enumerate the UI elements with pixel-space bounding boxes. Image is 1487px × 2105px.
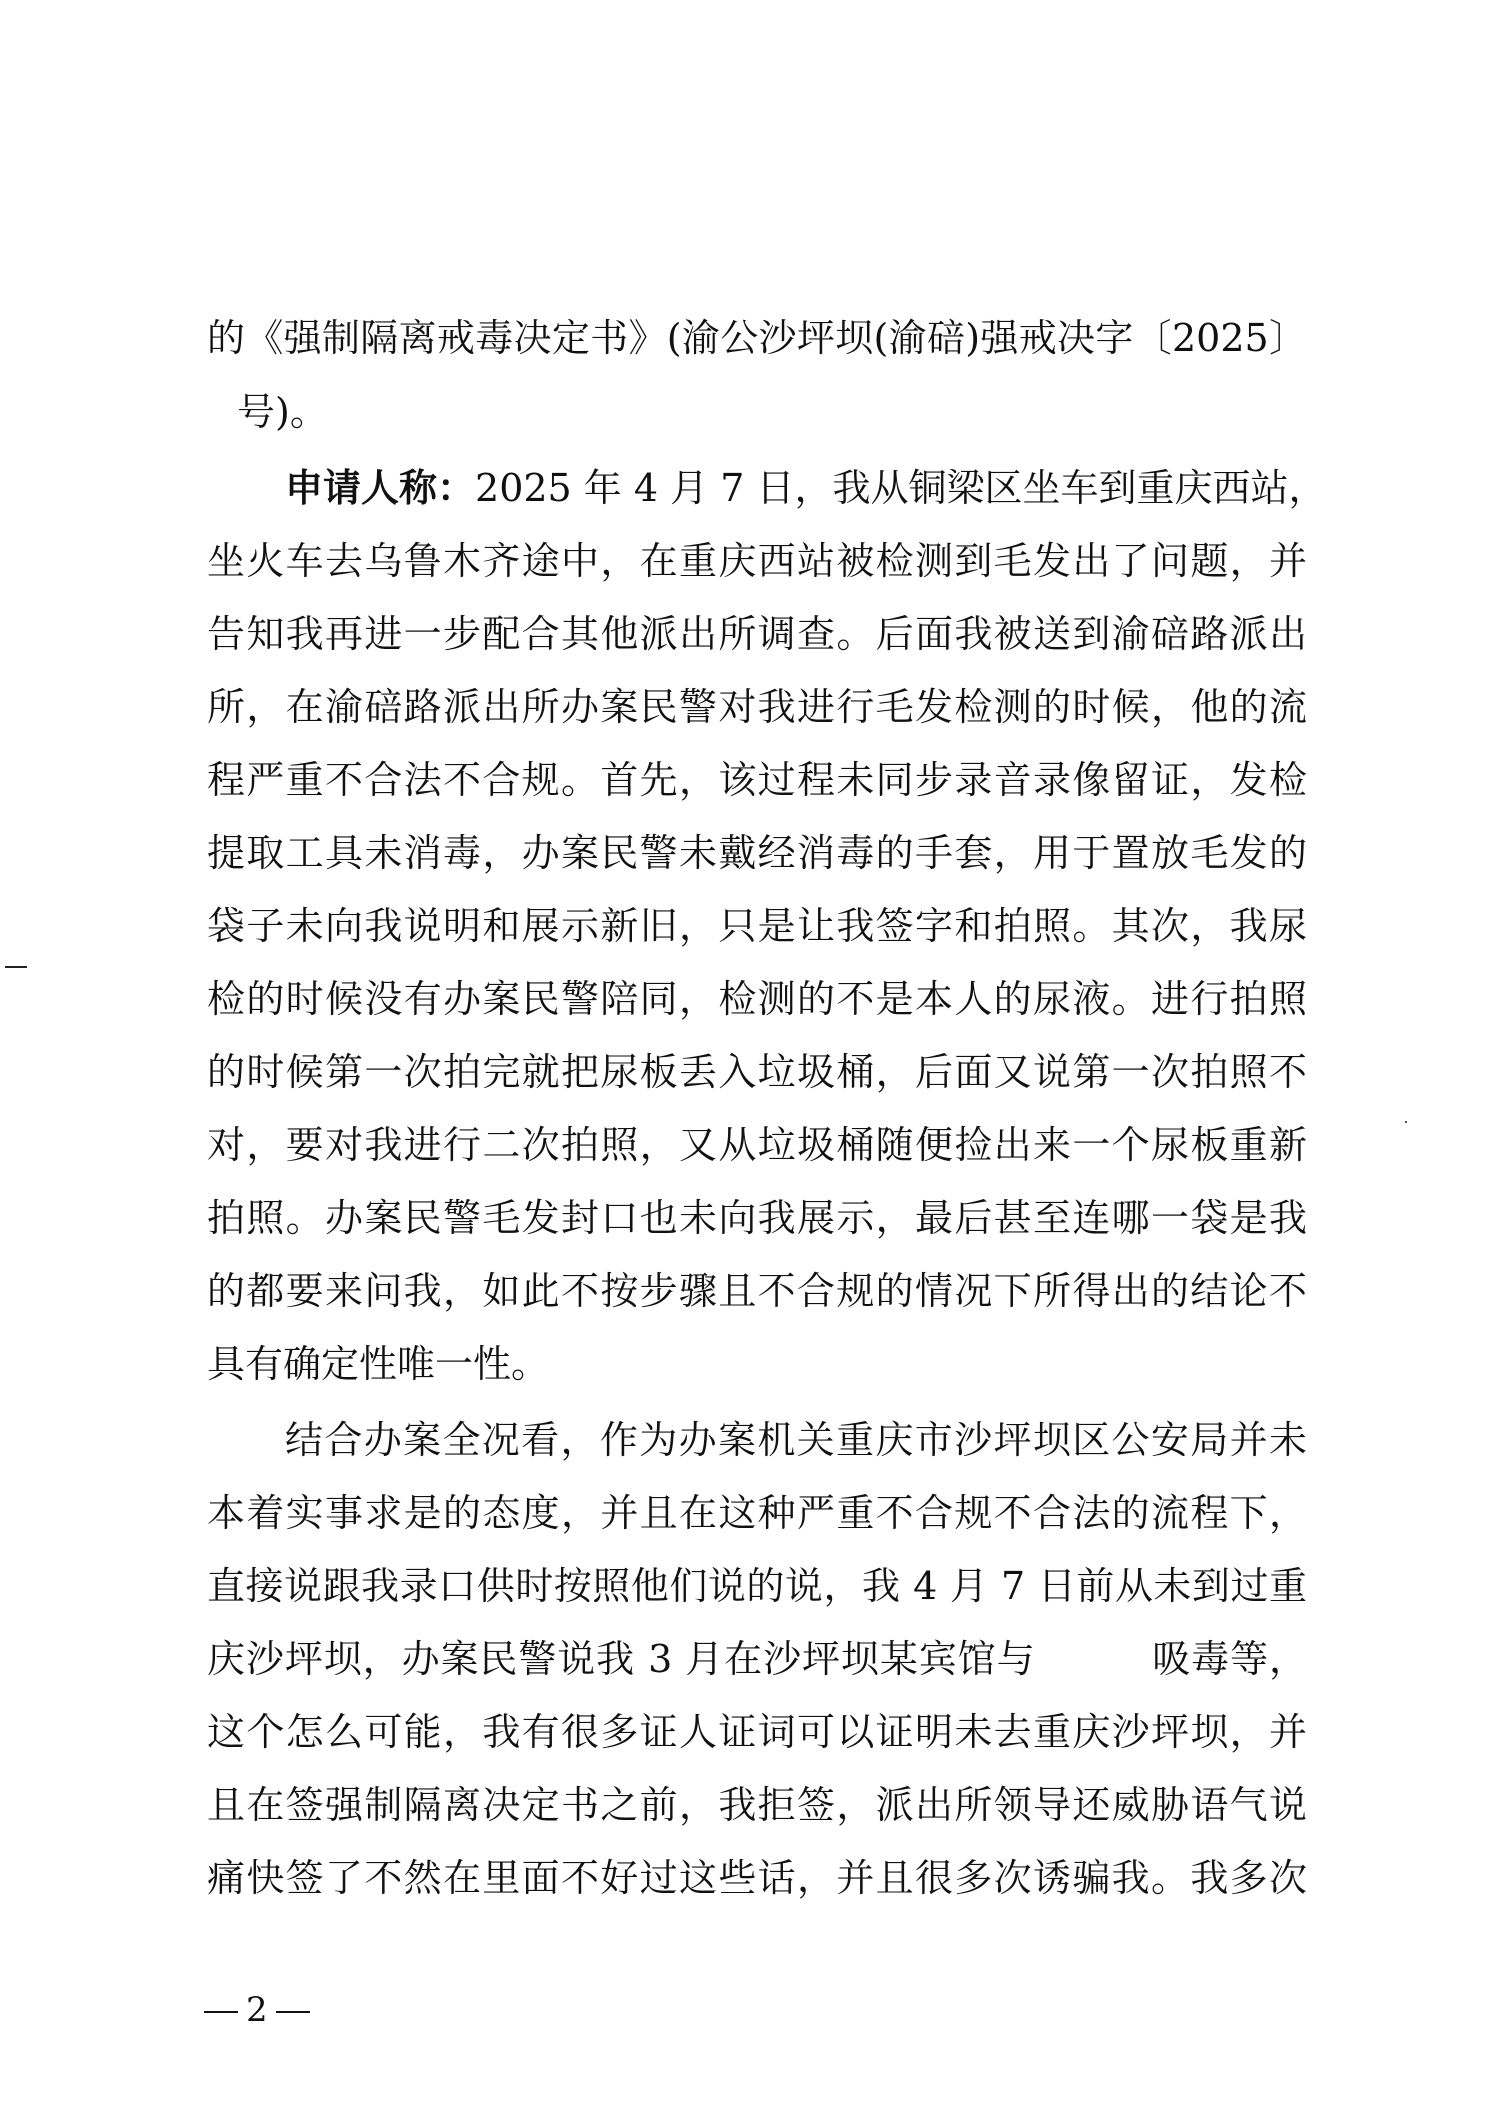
line-text: 痛快签了不然在里面不好过这些话，并且很多次诱骗我。我多次 [207,1856,1307,1900]
text-line: 提取工具未消毒，办案民警未戴经消毒的手套，用于置放毛发的 [207,823,1307,883]
text-line: 检的时候没有办案民警陪同，检测的不是本人的尿液。进行拍照 [207,969,1307,1029]
text-line: 直接说跟我录口供时按照他们说的说，我 4 月 7 日前从未到过重 [207,1556,1307,1616]
line-text: 拍照。办案民警毛发封口也未向我展示，最后甚至连哪一袋是我 [207,1196,1307,1240]
line-text: 号)。 [237,390,328,434]
line-text: 结合办案全况看，作为办案机关重庆市沙坪坝区公安局并未 [285,1418,1307,1462]
line-text: 直接说跟我录口供时按照他们说的说，我 4 月 7 日前从未到过重 [207,1564,1307,1608]
text-line: 所，在渝碚路派出所办案民警对我进行毛发检测的时候，他的流 [207,677,1307,737]
text-line: 的《强制隔离戒毒决定书》(渝公沙坪坝(渝碚)强戒决字〔2025〕 [207,308,1307,368]
line-text: 的都要来问我，如此不按步骤且不合规的情况下所得出的结论不 [207,1269,1307,1313]
line-text: 这个怎么可能，我有很多证人证词可以证明未去重庆沙坪坝，并 [207,1710,1307,1754]
text-line: 对，要对我进行二次拍照，又从垃圾桶随便捡出来一个尿板重新 [207,1115,1307,1175]
text-line: 且在签强制隔离决定书之前，我拒签，派出所领导还威胁语气说 [207,1775,1307,1835]
line-text: 所，在渝碚路派出所办案民警对我进行毛发检测的时候，他的流 [207,685,1307,729]
applicant-claim-label: 申请人称： [285,466,475,510]
line-text: 具有确定性唯一性。 [207,1342,549,1386]
line-text: 告知我再进一步配合其他派出所调查。后面我被送到渝碚路派出 [207,612,1307,656]
line-text: 本着实事求是的态度，并且在这种严重不合规不合法的流程下， [207,1491,1307,1535]
dash-right [276,2011,310,2013]
text-line: 这个怎么可能，我有很多证人证词可以证明未去重庆沙坪坝，并 [207,1702,1307,1762]
page-number: 2 [196,1990,318,2030]
binding-margin-mark [5,966,27,968]
text-line: 程严重不合法不合规。首先，该过程未同步录音录像留证，发检 [207,750,1307,810]
paragraph-first-line: 结合办案全况看，作为办案机关重庆市沙坪坝区公安局并未 [285,1410,1307,1470]
text-line: 本着实事求是的态度，并且在这种严重不合规不合法的流程下， [207,1483,1307,1543]
text-line: 坐火车去乌鲁木齐途中，在重庆西站被检测到毛发出了问题，并 [207,531,1307,591]
line-text: 的《强制隔离戒毒决定书》(渝公沙坪坝(渝碚)强戒决字〔2025〕 [207,316,1307,360]
page-number-text: 2 [246,1990,268,2030]
text-line: 具有确定性唯一性。 [207,1334,1307,1394]
text-line: 的都要来问我，如此不按步骤且不合规的情况下所得出的结论不 [207,1261,1307,1321]
text-line: 痛快签了不然在里面不好过这些话，并且很多次诱骗我。我多次 [207,1848,1307,1908]
line-text: 的时候第一次拍完就把尿板丢入垃圾桶，后面又说第一次拍照不 [207,1050,1307,1094]
line-text: 2025 年 4 月 7 日，我从铜梁区坐车到重庆西站， [475,466,1326,510]
text-line: 告知我再进一步配合其他派出所调查。后面我被送到渝碚路派出 [207,604,1307,664]
line-text: 对，要对我进行二次拍照，又从垃圾桶随便捡出来一个尿板重新 [207,1123,1307,1167]
text-line: 的时候第一次拍完就把尿板丢入垃圾桶，后面又说第一次拍照不 [207,1042,1307,1102]
text-line: 袋子未向我说明和展示新旧，只是让我签字和拍照。其次，我尿 [207,896,1307,956]
line-text: 坐火车去乌鲁木齐途中，在重庆西站被检测到毛发出了问题，并 [207,539,1307,583]
paragraph-first-line: 申请人称：2025 年 4 月 7 日，我从铜梁区坐车到重庆西站， [285,458,1307,518]
line-text: 程严重不合法不合规。首先，该过程未同步录音录像留证，发检 [207,758,1307,802]
text-line: 庆沙坪坝，办案民警说我 3 月在沙坪坝某宾馆与 吸毒等， [207,1629,1307,1689]
text-line: 拍照。办案民警毛发封口也未向我展示，最后甚至连哪一袋是我 [207,1188,1307,1248]
document-page: 的《强制隔离戒毒决定书》(渝公沙坪坝(渝碚)强戒决字〔2025〕 号)。 申请人… [0,0,1487,2105]
line-text: 袋子未向我说明和展示新旧，只是让我签字和拍照。其次，我尿 [207,904,1307,948]
dash-left [204,2011,238,2013]
line-text: 庆沙坪坝，办案民警说我 3 月在沙坪坝某宾馆与 吸毒等， [207,1637,1307,1681]
line-text: 检的时候没有办案民警陪同，检测的不是本人的尿液。进行拍照 [207,977,1307,1021]
scan-speck [1405,1121,1407,1123]
text-line: 号)。 [237,382,1337,442]
line-text: 提取工具未消毒，办案民警未戴经消毒的手套，用于置放毛发的 [207,831,1307,875]
line-text: 且在签强制隔离决定书之前，我拒签，派出所领导还威胁语气说 [207,1783,1307,1827]
